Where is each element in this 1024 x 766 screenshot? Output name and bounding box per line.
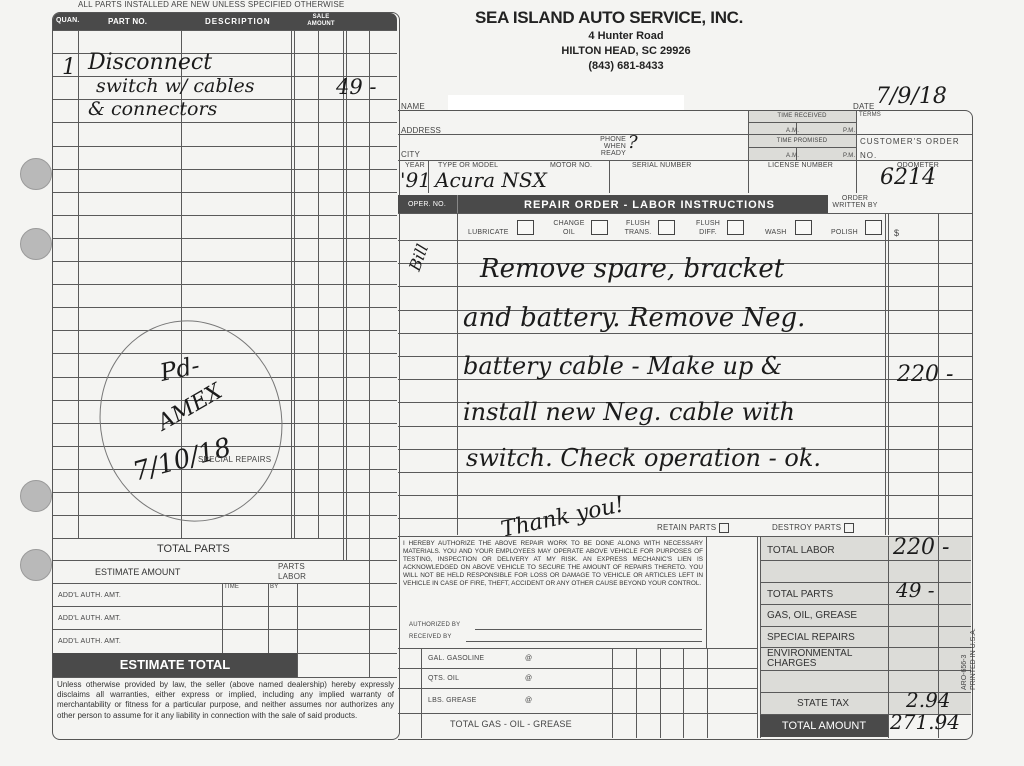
grid-line	[398, 648, 758, 649]
grid-line	[53, 284, 397, 285]
grid-line	[760, 536, 761, 738]
model-value: Acura NSX	[435, 168, 547, 192]
grid-line	[53, 538, 397, 539]
state-tax-label: STATE TAX	[797, 698, 849, 709]
grid-line	[398, 518, 972, 519]
company-name: SEA ISLAND AUTO SERVICE, INC.	[475, 8, 743, 28]
checkbox-label: CHANGE OIL	[549, 219, 589, 237]
total-parts-value: 49 -	[896, 578, 935, 602]
form-code-text: ARO-656-3	[960, 628, 969, 690]
parts-label: PARTS	[278, 562, 305, 571]
date-value: 7/9/18	[876, 84, 947, 109]
fluid-label: LBS. GREASE	[428, 697, 477, 704]
odometer-value: 6214	[880, 165, 936, 190]
state-tax-value: 2.94	[906, 688, 951, 712]
fluid-at: @	[525, 697, 532, 704]
grid-line	[398, 713, 758, 714]
grid-line	[53, 307, 397, 308]
company-address: 4 Hunter Road	[400, 30, 852, 42]
name-redaction	[448, 95, 684, 111]
addl-auth-label: ADD'L AUTH. AMT.	[58, 638, 121, 645]
addl-auth-label: ADD'L AUTH. AMT.	[58, 592, 121, 599]
col-description: DESCRIPTION	[205, 17, 271, 26]
grid-line	[748, 160, 749, 193]
grid-line	[760, 670, 971, 671]
total-parts-label: TOTAL PARTS	[767, 589, 833, 600]
terms-label: TERMS	[859, 112, 881, 118]
fluid-label: GAL. GASOLINE	[428, 655, 484, 662]
lubricate-checkbox[interactable]	[517, 220, 534, 235]
customer-order-no-label: NO.	[860, 151, 877, 160]
form-code: ARO-656-3 PRINTED IN U.S.A.	[960, 628, 978, 690]
grid-line	[398, 286, 972, 287]
instruction-line: battery cable - Make up &	[463, 352, 782, 380]
warranty-disclaimer: Unless otherwise provided by law, the se…	[57, 680, 394, 721]
grid-line	[748, 147, 856, 148]
city-label: CITY	[401, 150, 420, 159]
grid-line	[53, 30, 397, 31]
grid-line	[609, 160, 610, 193]
flush-trans-checkbox[interactable]	[658, 220, 675, 235]
grid-line	[888, 536, 889, 738]
grid-line	[660, 648, 661, 738]
time-promised-label: TIME PROMISED	[748, 138, 856, 144]
part-description-line: switch w/ cables	[96, 75, 255, 97]
binder-hole	[20, 228, 52, 260]
written-by-label: ORDER WRITTEN BY	[830, 195, 880, 209]
grid-line	[421, 648, 422, 738]
grid-line	[343, 30, 344, 560]
checkbox-label: LUBRICATE	[468, 229, 509, 236]
checkbox-label: POLISH	[831, 229, 858, 236]
grid-line	[888, 213, 889, 535]
oper-no-label: OPER. NO.	[408, 201, 446, 208]
grid-line	[53, 146, 397, 147]
received-by-line[interactable]	[466, 641, 702, 642]
customer-order-label: CUSTOMER'S ORDER	[860, 137, 960, 146]
retain-parts-label: RETAIN PARTS	[657, 523, 729, 533]
grid-line	[398, 668, 758, 669]
col-part-no: PART NO.	[108, 17, 147, 26]
time-label: TIME	[224, 584, 239, 590]
change-oil-checkbox[interactable]	[591, 220, 608, 235]
destroy-parts-checkbox[interactable]	[844, 523, 854, 533]
grid-line	[398, 472, 972, 473]
pm-label: P.M.	[843, 153, 855, 159]
am-label: A.M.	[786, 153, 799, 159]
printed-in-text: PRINTED IN U.S.A.	[969, 628, 978, 690]
labor-label: LABOR	[278, 572, 306, 581]
grid-line	[856, 110, 857, 160]
grid-line	[856, 160, 857, 193]
binder-hole	[20, 480, 52, 512]
grid-line	[636, 648, 637, 738]
grid-line	[398, 426, 972, 427]
fluid-at: @	[525, 675, 532, 682]
authorized-by-label: AUTHORIZED BY	[409, 622, 460, 628]
polish-checkbox[interactable]	[865, 220, 882, 235]
received-by-label: RECEIVED BY	[409, 634, 452, 640]
total-gas-oil-grease-label: TOTAL GAS - OIL - GREASE	[450, 719, 572, 729]
flush-diff-checkbox[interactable]	[727, 220, 744, 235]
total-labor-label: TOTAL LABOR	[767, 545, 835, 556]
instruction-line: install new Neg. cable with	[463, 398, 795, 426]
grid-line	[457, 195, 458, 213]
grid-line	[683, 648, 684, 738]
instruction-line: Remove spare, bracket	[480, 254, 784, 284]
part-description-line: Disconnect	[88, 50, 212, 75]
instruction-line: and battery. Remove Neg.	[463, 303, 805, 333]
grid-line	[346, 30, 347, 560]
total-amount-value: 271.94	[890, 710, 960, 734]
grid-line	[53, 677, 397, 678]
company-phone: (843) 681-8433	[400, 60, 852, 72]
environmental-charges-label: ENVIRONMENTAL CHARGES	[767, 649, 877, 669]
col-quantity: QUAN.	[56, 17, 80, 24]
fluid-at: @	[525, 655, 532, 662]
grid-line	[53, 606, 397, 607]
phone-when-ready-label: PHONE WHEN READY	[596, 136, 626, 157]
by-label: BY	[270, 584, 278, 590]
grid-line	[748, 122, 856, 123]
checkbox-label: WASH	[765, 229, 787, 236]
grid-line	[885, 213, 886, 535]
destroy-parts-label: DESTROY PARTS	[772, 523, 854, 533]
grid-line	[398, 160, 972, 161]
fluid-label: QTS. OIL	[428, 675, 459, 682]
total-labor-value: 220 -	[893, 535, 949, 560]
estimate-total-label: ESTIMATE TOTAL	[53, 653, 297, 677]
repair-order-title: REPAIR ORDER - LABOR INSTRUCTIONS	[524, 199, 775, 211]
estimate-amount-label: ESTIMATE AMOUNT	[95, 567, 180, 577]
grid-line	[53, 560, 397, 561]
labor-amount: 220 -	[897, 362, 953, 387]
grid-line	[53, 169, 397, 170]
grid-line	[760, 604, 971, 605]
grid-line	[398, 688, 758, 689]
grid-line	[707, 648, 708, 738]
serial-label: SERIAL NUMBER	[632, 162, 692, 169]
total-parts-label: TOTAL PARTS	[157, 543, 230, 555]
part-sale-amount: 49 -	[336, 75, 377, 99]
year-value: '91	[400, 168, 431, 192]
col-sale-amount: SALE AMOUNT	[299, 14, 343, 28]
checkbox-label: FLUSH TRANS.	[620, 219, 656, 237]
parts-notice: ALL PARTS INSTALLED ARE NEW UNLESS SPECI…	[78, 0, 344, 9]
authorization-text: I HEREBY AUTHORIZE THE ABOVE REPAIR WORK…	[403, 540, 703, 588]
grid-line	[748, 134, 972, 135]
special-repairs-total-label: SPECIAL REPAIRS	[767, 632, 855, 643]
grid-line	[760, 560, 971, 561]
grid-line	[457, 213, 458, 535]
part-quantity: 1	[62, 55, 76, 80]
binder-hole	[20, 158, 52, 190]
grid-line	[398, 240, 972, 241]
grid-line	[612, 648, 613, 738]
addl-auth-label: ADD'L AUTH. AMT.	[58, 615, 121, 622]
grid-line	[53, 215, 397, 216]
grid-line	[53, 629, 397, 630]
checkbox-label: FLUSH DIFF.	[691, 219, 725, 237]
retain-parts-checkbox[interactable]	[719, 523, 729, 533]
motor-label: MOTOR NO.	[550, 162, 592, 169]
binder-hole	[20, 549, 52, 581]
grid-line	[706, 536, 707, 648]
instruction-line: switch. Check operation - ok.	[466, 444, 821, 472]
grid-line	[268, 583, 269, 653]
grid-line	[760, 626, 971, 627]
grid-line	[222, 583, 223, 653]
grid-line	[398, 495, 972, 496]
total-amount-label: TOTAL AMOUNT	[760, 715, 888, 737]
grid-line	[757, 536, 758, 738]
grid-line	[398, 333, 972, 334]
grid-line	[53, 261, 397, 262]
grid-line	[760, 582, 971, 583]
phone-when-ready-value: ?	[628, 132, 638, 153]
grid-line	[398, 134, 748, 135]
authorized-by-line[interactable]	[475, 629, 702, 630]
dollar-label: $	[894, 228, 899, 238]
part-description-line: & connectors	[88, 98, 217, 120]
company-city: HILTON HEAD, SC 29926	[400, 45, 852, 57]
gas-oil-grease-label: GAS, OIL, GREASE	[767, 610, 857, 621]
time-received-label: TIME RECEIVED	[748, 113, 856, 119]
grid-line	[297, 583, 298, 677]
license-label: LICENSE NUMBER	[768, 162, 833, 169]
grid-line	[53, 238, 397, 239]
grid-line	[53, 122, 397, 123]
wash-checkbox[interactable]	[795, 220, 812, 235]
special-repairs-label: SPECIAL REPAIRS	[198, 455, 271, 464]
grid-line	[53, 192, 397, 193]
